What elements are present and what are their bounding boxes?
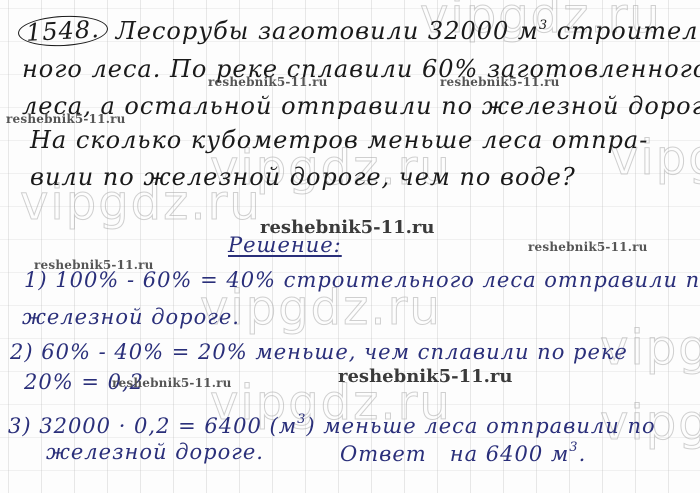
problem-number: 1548. [17,14,108,49]
solution-step-2: 2) 60% - 40% = 20% меньше, чем сплавили … [10,340,628,364]
watermark-text: reshebnik5-11.ru [260,217,434,238]
handwritten-page: vipgdz.ru vipgdz.ru vipgdz.ru vipgdz.ru … [0,0,700,493]
watermark-text: reshebnik5-11.ru [208,75,328,89]
watermark-text: reshebnik5-11.ru [528,240,648,254]
problem-line-1: 1548.Лесорубы заготовили 32000 м3 строит… [18,16,700,46]
solution-step-3-cont: железной дороге. [46,440,264,464]
superscript: 3 [539,18,548,33]
watermark-text: reshebnik5-11.ru [112,376,232,390]
solution-step-1-cont: железной дороге. [22,305,240,329]
watermark-text: reshebnik5-11.ru [6,112,126,126]
problem-text: Лесорубы заготовили 32000 м [116,17,539,45]
watermark-text: reshebnik5-11.ru [440,75,560,89]
superscript: 3 [297,412,306,427]
solution-step-3: 3) 32000 · 0,2 = 6400 (м3) меньше леса о… [8,412,656,438]
problem-line-5: вили по железной дороге, чем по воде? [30,163,576,191]
answer-tail: . [579,442,587,466]
step-text: ) меньше леса отправили по [306,414,655,438]
problem-text: строитель- [557,17,700,45]
watermark-text: reshebnik5-11.ru [338,366,512,387]
answer-value: на 6400 м [450,442,570,466]
problem-line-4: На сколько кубометров меньше леса отпра- [30,126,648,154]
watermark-text: reshebnik5-11.ru [34,258,154,272]
superscript: 3 [569,440,578,455]
step-text: 3) 32000 · 0,2 = 6400 (м [8,414,297,438]
answer-label: Ответ [340,442,427,466]
problem-line-2: ного леса. По реке сплавили 60% заготовл… [22,55,700,83]
answer: Ответ на 6400 м3. [340,440,586,466]
